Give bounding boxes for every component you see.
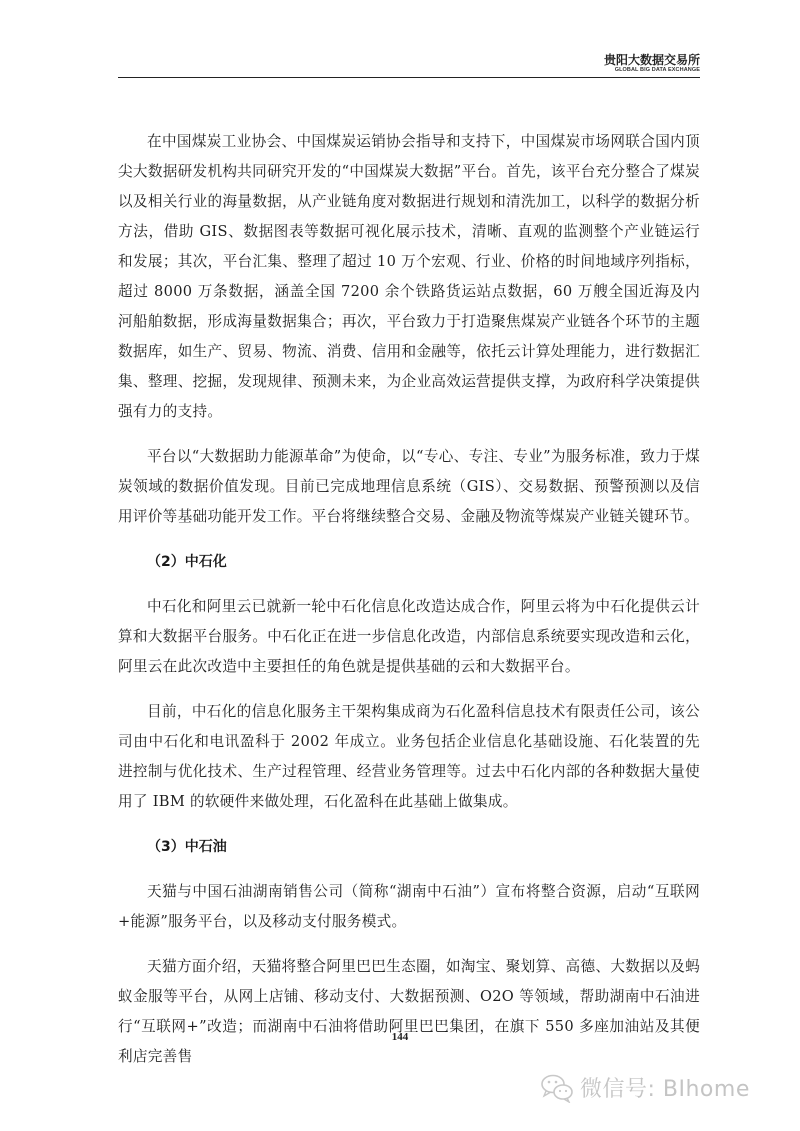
paragraph-platform-mission: 平台以“大数据助力能源革命”为使命，以“专心、专注、专业”为服务标准，致力于煤炭… [118,442,700,532]
paragraph-tmall-ecosystem: 天猫方面介绍，天猫将整合阿里巴巴生态圈，如淘宝、聚划算、高德、大数据以及蚂蚁金服… [118,952,700,1072]
logo-english-name: GLOBAL BIG DATA EXCHANGE [604,67,700,74]
paragraph-sinopec-aliyun: 中石化和阿里云已就新一轮中石化信息化改造达成合作，阿里云将为中石化提供云计算和大… [118,592,700,682]
document-body: 在中国煤炭工业协会、中国煤炭运销协会指导和支持下，中国煤炭市场网联合国内顶尖大数… [118,127,700,1087]
exchange-logo: 贵阳大数据交易所 GLOBAL BIG DATA EXCHANGE [604,54,700,74]
page-header: 贵阳大数据交易所 GLOBAL BIG DATA EXCHANGE [118,40,700,78]
section-heading-sinopec: （2）中石化 [118,547,700,577]
paragraph-tmall-petrochina: 天猫与中国石油湖南销售公司（简称“湖南中石油”）宣布将整合资源，启动“互联网+能… [118,877,700,937]
header-divider [118,77,700,79]
section-heading-petrochina: （3）中石油 [118,832,700,862]
paragraph-sinopec-integrator: 目前，中石化的信息化服务主干架构集成商为石化盈科信息技术有限责任公司，该公司由中… [118,697,700,817]
wechat-icon [540,1073,574,1103]
logo-chinese-name: 贵阳大数据交易所 [604,54,700,67]
wechat-watermark: 微信号: BIhome [540,1072,750,1103]
watermark-text: 微信号: BIhome [580,1072,750,1103]
paragraph-coal-bigdata-platform: 在中国煤炭工业协会、中国煤炭运销协会指导和支持下，中国煤炭市场网联合国内顶尖大数… [118,127,700,427]
page-number: 144 [0,1031,800,1043]
